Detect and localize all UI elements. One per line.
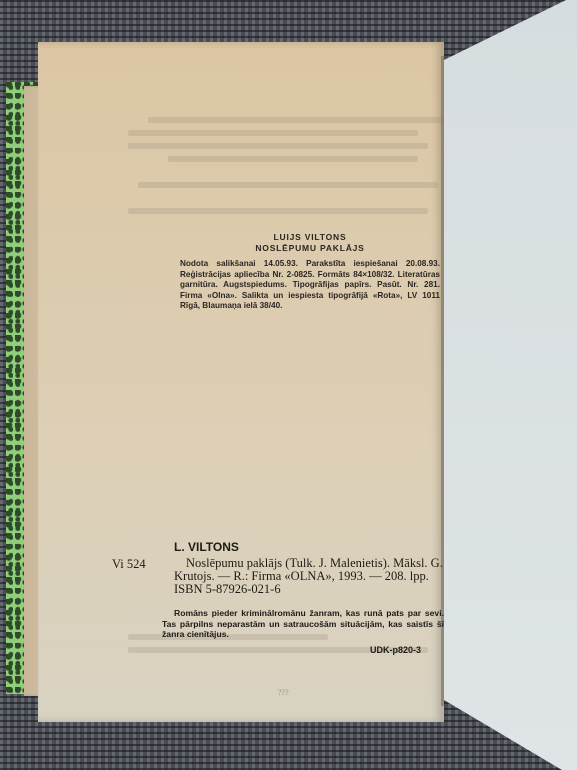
bleed-through-line [168, 156, 418, 162]
bleed-through-line [138, 182, 438, 188]
isbn: ISBN 5-87926-021-6 [174, 583, 444, 596]
imprint-title: NOSLĒPUMU PAKLĀJS [180, 243, 440, 254]
bleed-through-line [128, 143, 428, 149]
card-code: Vi 524 [112, 557, 146, 572]
card-author: L. VILTONS [174, 540, 239, 554]
imprint-author: LUIJS VILTONS [180, 232, 440, 243]
bleed-through-line [128, 208, 428, 214]
bleed-through-line [128, 130, 418, 136]
card-annotation: Romāns pieder kriminālromānu žanram, kas… [162, 608, 444, 640]
udk-code: UDK-p820-3 [370, 645, 421, 655]
card-bibliography: Noslēpumu paklājs (Tulk. J. Malenietis).… [174, 557, 444, 596]
imprint-block: LUIJS VILTONS NOSLĒPUMU PAKLĀJS Nodota s… [180, 232, 440, 312]
bleed-through-line [148, 117, 458, 123]
imprint-details: Nodota salikšanai 14.05.93. Parakstīta i… [180, 259, 440, 312]
bibliography-text: Noslēpumu paklājs (Tulk. J. Malenietis).… [174, 557, 444, 583]
right-page [444, 0, 577, 770]
page-number: ??? [278, 688, 289, 697]
